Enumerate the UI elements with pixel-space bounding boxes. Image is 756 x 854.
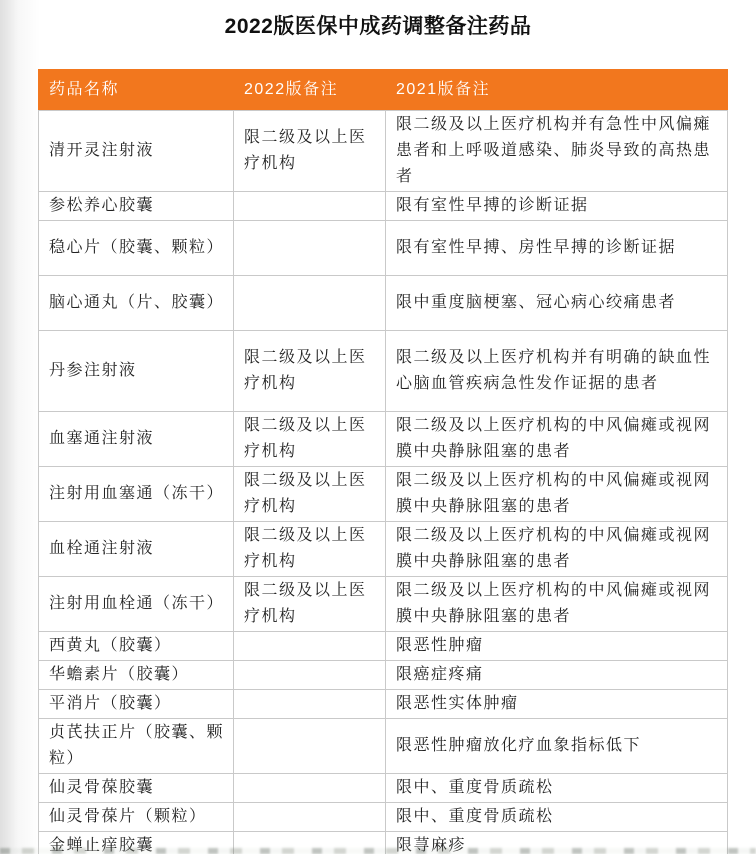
cut-off-bottom-strip (0, 848, 756, 854)
note-2022-cell: 限二级及以上医疗机构 (234, 577, 386, 632)
page-edge-shadow (0, 0, 42, 854)
note-2021-cell: 限有室性早搏、房性早搏的诊断证据 (386, 221, 728, 276)
table-row: 西黄丸（胶囊）限恶性肿瘤 (39, 632, 728, 661)
table-row: 脑心通丸（片、胶囊）限中重度脑梗塞、冠心病心绞痛患者 (39, 276, 728, 331)
note-2022-cell (234, 221, 386, 276)
table-row: 丹参注射液限二级及以上医疗机构限二级及以上医疗机构并有明确的缺血性心脑血管疾病急… (39, 331, 728, 412)
drug-name-cell: 仙灵骨葆胶囊 (39, 774, 234, 803)
note-2021-cell: 限中、重度骨质疏松 (386, 774, 728, 803)
header-row: 药品名称 2022版备注 2021版备注 (39, 70, 728, 111)
note-2021-cell: 限二级及以上医疗机构并有明确的缺血性心脑血管疾病急性发作证据的患者 (386, 331, 728, 412)
note-2022-cell (234, 276, 386, 331)
table-row: 参松养心胶囊限有室性早搏的诊断证据 (39, 192, 728, 221)
drug-name-cell: 注射用血塞通（冻干） (39, 467, 234, 522)
note-2021-cell: 限二级及以上医疗机构的中风偏瘫或视网膜中央静脉阻塞的患者 (386, 467, 728, 522)
col-header-drug-name: 药品名称 (39, 70, 234, 111)
table-row: 华蟾素片（胶囊）限癌症疼痛 (39, 661, 728, 690)
drug-name-cell: 仙灵骨葆片（颗粒） (39, 803, 234, 832)
note-2021-cell: 限恶性实体肿瘤 (386, 690, 728, 719)
drug-name-cell: 清开灵注射液 (39, 111, 234, 192)
note-2021-cell: 限二级及以上医疗机构的中风偏瘫或视网膜中央静脉阻塞的患者 (386, 412, 728, 467)
note-2022-cell: 限二级及以上医疗机构 (234, 412, 386, 467)
note-2022-cell: 限二级及以上医疗机构 (234, 522, 386, 577)
drug-name-cell: 稳心片（胶囊、颗粒） (39, 221, 234, 276)
note-2022-cell: 限二级及以上医疗机构 (234, 111, 386, 192)
table-body: 清开灵注射液限二级及以上医疗机构限二级及以上医疗机构并有急性中风偏瘫患者和上呼吸… (39, 111, 728, 854)
note-2021-cell: 限恶性肿瘤放化疗血象指标低下 (386, 719, 728, 774)
note-2022-cell: 限二级及以上医疗机构 (234, 331, 386, 412)
page-title: 2022版医保中成药调整备注药品 (0, 10, 756, 40)
drug-name-cell: 华蟾素片（胶囊） (39, 661, 234, 690)
table-row: 注射用血栓通（冻干）限二级及以上医疗机构限二级及以上医疗机构的中风偏瘫或视网膜中… (39, 577, 728, 632)
drug-name-cell: 丹参注射液 (39, 331, 234, 412)
col-header-2021-note: 2021版备注 (386, 70, 728, 111)
table-row: 稳心片（胶囊、颗粒）限有室性早搏、房性早搏的诊断证据 (39, 221, 728, 276)
note-2022-cell (234, 690, 386, 719)
table-row: 平消片（胶囊）限恶性实体肿瘤 (39, 690, 728, 719)
note-2022-cell (234, 661, 386, 690)
note-2022-cell (234, 632, 386, 661)
note-2021-cell: 限有室性早搏的诊断证据 (386, 192, 728, 221)
drug-table: 药品名称 2022版备注 2021版备注 清开灵注射液限二级及以上医疗机构限二级… (38, 69, 728, 854)
note-2022-cell (234, 774, 386, 803)
drug-name-cell: 西黄丸（胶囊） (39, 632, 234, 661)
drug-name-cell: 平消片（胶囊） (39, 690, 234, 719)
table-row: 血塞通注射液限二级及以上医疗机构限二级及以上医疗机构的中风偏瘫或视网膜中央静脉阻… (39, 412, 728, 467)
drug-name-cell: 血栓通注射液 (39, 522, 234, 577)
note-2021-cell: 限癌症疼痛 (386, 661, 728, 690)
table-row: 仙灵骨葆胶囊限中、重度骨质疏松 (39, 774, 728, 803)
drug-name-cell: 脑心通丸（片、胶囊） (39, 276, 234, 331)
note-2022-cell (234, 803, 386, 832)
col-header-2022-note: 2022版备注 (234, 70, 386, 111)
drug-name-cell: 血塞通注射液 (39, 412, 234, 467)
note-2022-cell (234, 719, 386, 774)
note-2021-cell: 限二级及以上医疗机构的中风偏瘫或视网膜中央静脉阻塞的患者 (386, 522, 728, 577)
note-2021-cell: 限中、重度骨质疏松 (386, 803, 728, 832)
note-2021-cell: 限恶性肿瘤 (386, 632, 728, 661)
note-2021-cell: 限二级及以上医疗机构并有急性中风偏瘫患者和上呼吸道感染、肺炎导致的高热患者 (386, 111, 728, 192)
note-2021-cell: 限二级及以上医疗机构的中风偏瘫或视网膜中央静脉阻塞的患者 (386, 577, 728, 632)
table-row: 注射用血塞通（冻干）限二级及以上医疗机构限二级及以上医疗机构的中风偏瘫或视网膜中… (39, 467, 728, 522)
table-row: 血栓通注射液限二级及以上医疗机构限二级及以上医疗机构的中风偏瘫或视网膜中央静脉阻… (39, 522, 728, 577)
table-row: 贞芪扶正片（胶囊、颗粒）限恶性肿瘤放化疗血象指标低下 (39, 719, 728, 774)
table-row: 仙灵骨葆片（颗粒）限中、重度骨质疏松 (39, 803, 728, 832)
note-2021-cell: 限中重度脑梗塞、冠心病心绞痛患者 (386, 276, 728, 331)
note-2022-cell: 限二级及以上医疗机构 (234, 467, 386, 522)
drug-name-cell: 贞芪扶正片（胶囊、颗粒） (39, 719, 234, 774)
drug-name-cell: 参松养心胶囊 (39, 192, 234, 221)
drug-name-cell: 注射用血栓通（冻干） (39, 577, 234, 632)
table-row: 清开灵注射液限二级及以上医疗机构限二级及以上医疗机构并有急性中风偏瘫患者和上呼吸… (39, 111, 728, 192)
table-header: 药品名称 2022版备注 2021版备注 (39, 70, 728, 111)
note-2022-cell (234, 192, 386, 221)
